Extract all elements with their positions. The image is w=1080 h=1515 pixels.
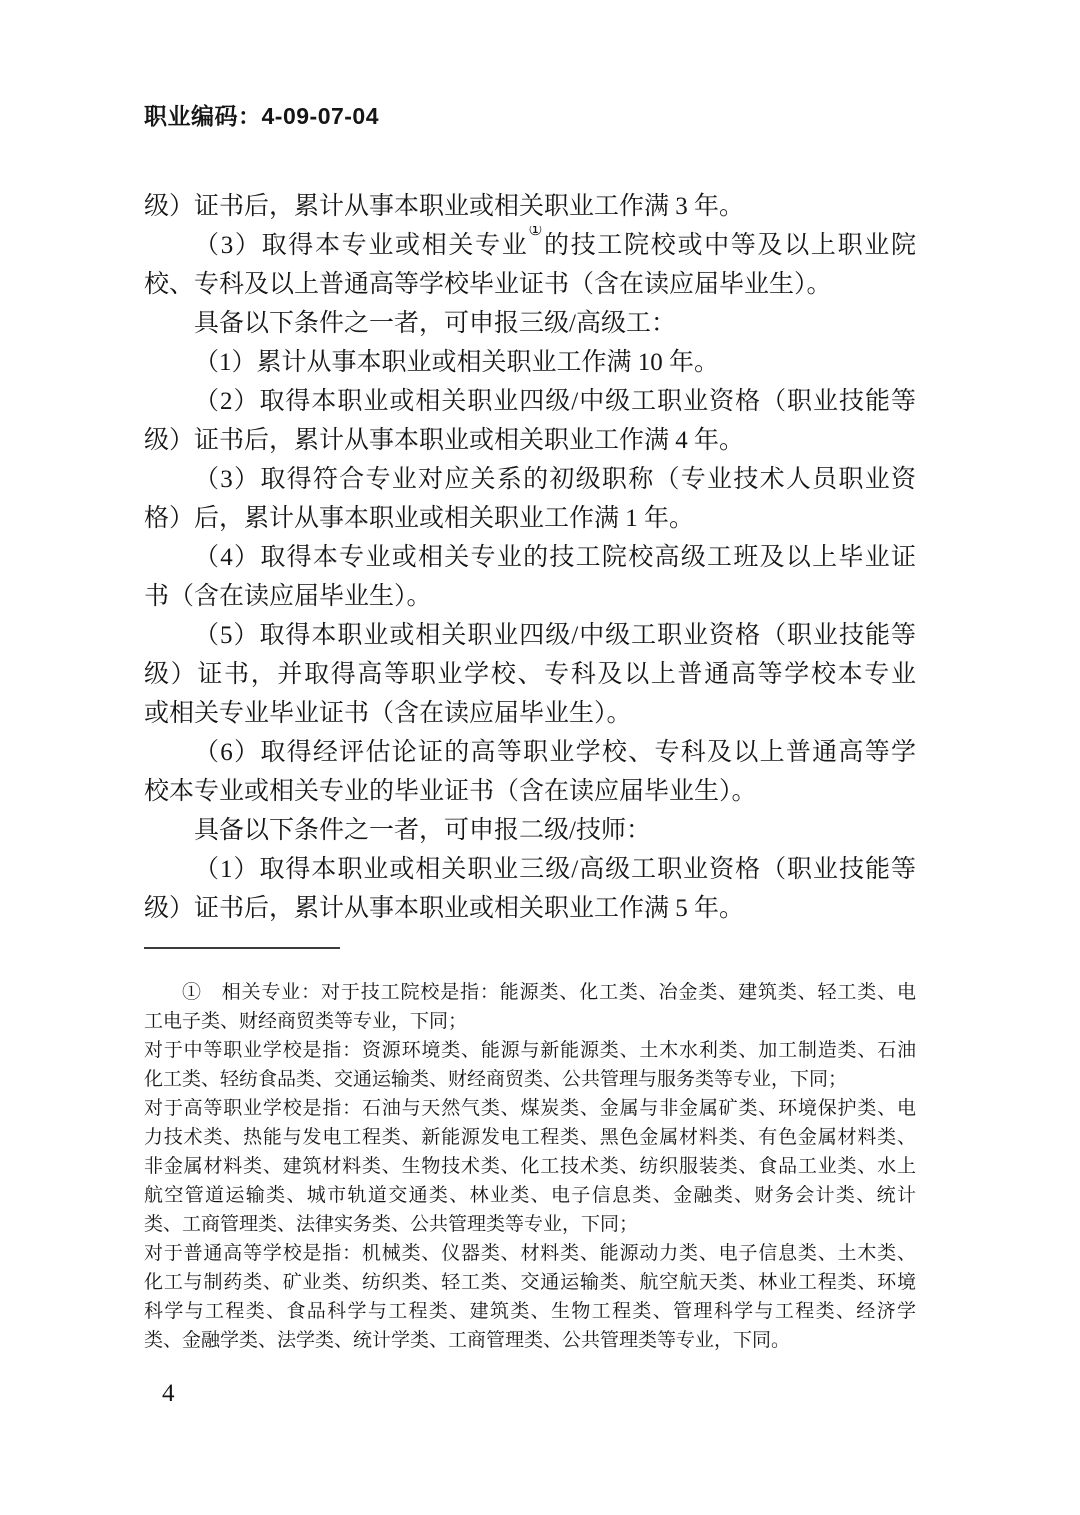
footnote-reference-marker: ① — [528, 226, 544, 239]
body-text-block: 级）证书后，累计从事本职业或相关职业工作满 3 年。（3）取得本专业或相关专业①… — [144, 187, 916, 928]
body-text-line: 具备以下条件之一者，可申报三级/高级工： — [144, 304, 916, 343]
body-text-line: （2）取得本职业或相关职业四级/中级工职业资格（职业技能等 — [144, 382, 916, 421]
body-text-line: 书（含在读应届毕业生）。 — [144, 577, 916, 616]
body-text-line: 校、专科及以上普通高等学校毕业证书（含在读应届毕业生）。 — [144, 265, 916, 304]
footnote-text-line: 类、工商管理类、法律实务类、公共管理类等专业，下同； — [144, 1210, 916, 1239]
body-text-line: （5）取得本职业或相关职业四级/中级工职业资格（职业技能等 — [144, 616, 916, 655]
footnote-text-line: 化工与制药类、矿业类、纺织类、轻工类、交通运输类、航空航天类、林业工程类、环境 — [144, 1268, 916, 1297]
body-text-line: （1）取得本职业或相关职业三级/高级工职业资格（职业技能等 — [144, 850, 916, 889]
body-text-line: 级）证书后，累计从事本职业或相关职业工作满 3 年。 — [144, 187, 916, 226]
body-text-line-segment: 的技工院校或中等及以上职业院 — [544, 232, 916, 259]
occupation-code-header: 职业编码：4-09-07-04 — [144, 98, 379, 131]
page-number: 4 — [162, 1380, 175, 1408]
footnote-text-line: 科学与工程类、食品科学与工程类、建筑类、生物工程类、管理科学与工程类、经济学 — [144, 1297, 916, 1326]
footnote-text-line: ① 相关专业：对于技工院校是指：能源类、化工类、冶金类、建筑类、轻工类、电 — [144, 978, 916, 1007]
footnote-text-line: 力技术类、热能与发电工程类、新能源发电工程类、黑色金属材料类、有色金属材料类、 — [144, 1123, 916, 1152]
body-text-line: 级）证书后，累计从事本职业或相关职业工作满 4 年。 — [144, 421, 916, 460]
footnote-text-line: 非金属材料类、建筑材料类、生物技术类、化工技术类、纺织服装类、食品工业类、水上 — [144, 1152, 916, 1181]
footnote-text-line: 航空管道运输类、城市轨道交通类、林业类、电子信息类、金融类、财务会计类、统计 — [144, 1181, 916, 1210]
body-text-line: 级）证书，并取得高等职业学校、专科及以上普通高等学校本专业 — [144, 655, 916, 694]
footnote-text-line: 对于高等职业学校是指：石油与天然气类、煤炭类、金属与非金属矿类、环境保护类、电 — [144, 1094, 916, 1123]
body-text-line: （6）取得经评估论证的高等职业学校、专科及以上普通高等学 — [144, 733, 916, 772]
footnote-text-line: 对于中等职业学校是指：资源环境类、能源与新能源类、土木水利类、加工制造类、石油 — [144, 1036, 916, 1065]
footnote-text-line: 对于普通高等学校是指：机械类、仪器类、材料类、能源动力类、电子信息类、土木类、 — [144, 1239, 916, 1268]
document-page: 职业编码：4-09-07-04 级）证书后，累计从事本职业或相关职业工作满 3 … — [0, 0, 1080, 1515]
body-text-line: （3）取得符合专业对应关系的初级职称（专业技术人员职业资 — [144, 460, 916, 499]
body-text-line: （3）取得本专业或相关专业①的技工院校或中等及以上职业院 — [144, 226, 916, 265]
body-text-line: 级）证书后，累计从事本职业或相关职业工作满 5 年。 — [144, 889, 916, 928]
footnote-text-line: 类、金融学类、法学类、统计学类、工商管理类、公共管理类等专业，下同。 — [144, 1326, 916, 1355]
body-text-line: 格）后，累计从事本职业或相关职业工作满 1 年。 — [144, 499, 916, 538]
footnote-text-line: 化工类、轻纺食品类、交通运输类、财经商贸类、公共管理与服务类等专业，下同； — [144, 1065, 916, 1094]
footnote-separator-rule — [144, 947, 340, 949]
body-text-line: （4）取得本专业或相关专业的技工院校高级工班及以上毕业证 — [144, 538, 916, 577]
footnote-text-line: 工电子类、财经商贸类等专业，下同； — [144, 1007, 916, 1036]
footnote-block: ① 相关专业：对于技工院校是指：能源类、化工类、冶金类、建筑类、轻工类、电工电子… — [144, 978, 916, 1355]
body-text-line-segment: （3）取得本专业或相关专业 — [194, 232, 528, 259]
body-text-line: （1）累计从事本职业或相关职业工作满 10 年。 — [144, 343, 916, 382]
body-text-line: 或相关专业毕业证书（含在读应届毕业生）。 — [144, 694, 916, 733]
body-text-line: 具备以下条件之一者，可申报二级/技师： — [144, 811, 916, 850]
body-text-line: 校本专业或相关专业的毕业证书（含在读应届毕业生）。 — [144, 772, 916, 811]
